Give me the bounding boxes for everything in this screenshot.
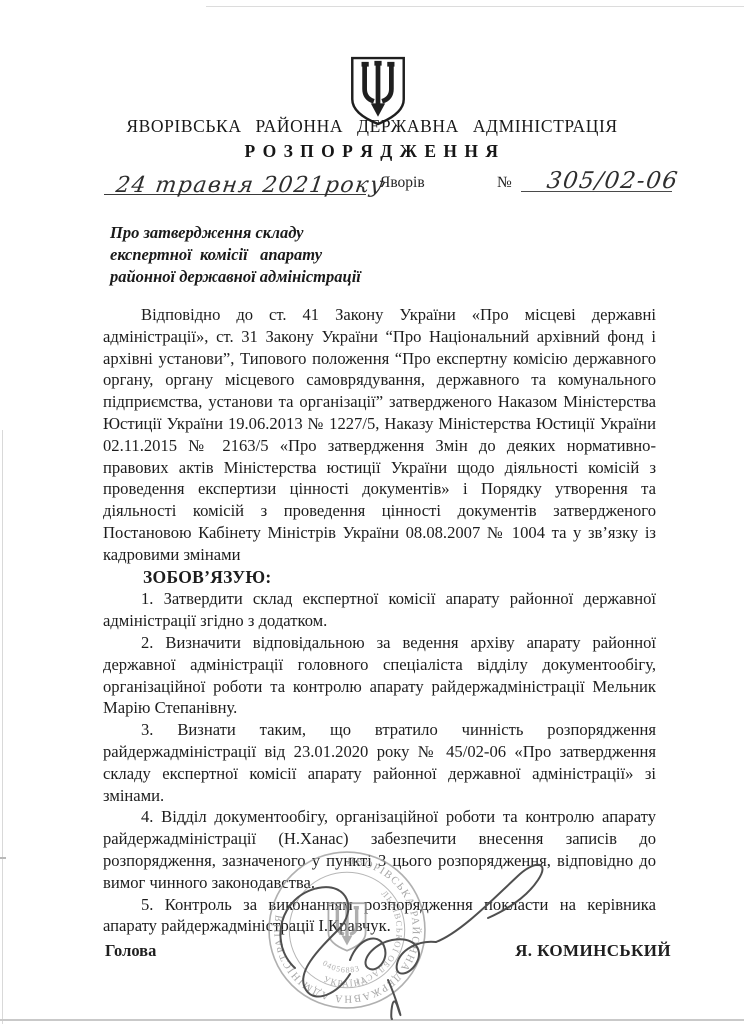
handwritten-date: 24 травня 2021року: [114, 173, 386, 198]
signer-name: Я. КОМИНСЬКИЙ: [515, 941, 671, 961]
document-page: ЯВОРІВСЬКА РАЙОННА ДЕРЖАВНА АДМІНІСТРАЦІ…: [0, 0, 744, 1024]
handwritten-number: 305/02-06: [545, 168, 680, 194]
handwritten-signature: [240, 848, 550, 1024]
scan-edge-left: [2, 430, 3, 1024]
document-subject: Про затвердження складу експертної коміс…: [110, 222, 440, 288]
place-label: Яворів: [380, 174, 425, 192]
organization-name: ЯВОРІВСЬКА РАЙОННА ДЕРЖАВНА АДМІНІСТРАЦІ…: [0, 116, 744, 137]
item-paragraph-2: 2. Визначити відповідальною за ведення а…: [103, 632, 656, 719]
document-number-field: № 305/02-06: [497, 158, 672, 194]
scan-edge-top: [206, 6, 744, 7]
document-body: Відповідно до ст. 41 Закону України «Про…: [103, 304, 656, 937]
directive-heading: ЗОБОВ’ЯЗУЮ:: [103, 567, 656, 589]
date-field: 24 травня 2021року: [104, 158, 366, 195]
date-place-number-row: 24 травня 2021року Яворів № 305/02-06: [0, 158, 744, 204]
item-paragraph-3: 3. Визнати таким, що втратило чинність р…: [103, 719, 656, 806]
signature-block: Голова Я. КОМИНСЬКИЙ: [105, 941, 671, 965]
position-title: Голова: [105, 941, 156, 961]
item-paragraph-1: 1. Затвердити склад експертної комісії а…: [103, 588, 656, 632]
number-sign-label: №: [497, 174, 512, 192]
scan-mark: [0, 857, 6, 859]
number-underline: 305/02-06: [521, 157, 672, 192]
preamble-paragraph: Відповідно до ст. 41 Закону України «Про…: [103, 304, 656, 566]
